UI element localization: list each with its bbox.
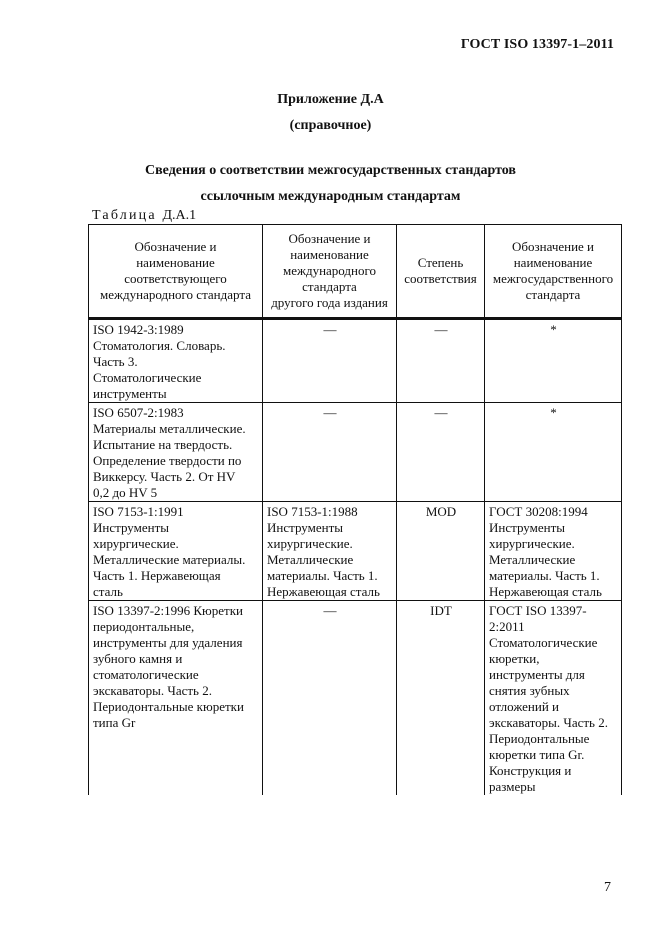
cell-text-line: Обозначение и — [487, 239, 619, 255]
correspondence-table: Обозначение инаименованиесоответствующег… — [88, 224, 622, 795]
cell-text-line: — — [267, 322, 393, 338]
cell-text-line: Периодонтальные кюретки — [93, 699, 259, 715]
cell-text-line: международного стандарта — [91, 287, 260, 303]
cell-text-line: Часть 1. Нержавеющая — [93, 568, 259, 584]
cell-other-year-standard: — — [263, 403, 397, 502]
cell-text-line: Определение твердости по — [93, 453, 259, 469]
cell-text-line: Нержавеющая сталь — [267, 584, 393, 600]
cell-text-line: Периодонтальные — [489, 731, 618, 747]
cell-text-line: экскаваторы. Часть 2. — [489, 715, 618, 731]
cell-text-line: Нержавеющая сталь — [489, 584, 618, 600]
cell-text-line: Металлические — [267, 552, 393, 568]
cell-text-line: Виккерсу. Часть 2. От HV — [93, 469, 259, 485]
cell-text-line: Обозначение и — [91, 239, 260, 255]
cell-text-line: соответствующего — [91, 271, 260, 287]
cell-text-line: стоматологические — [93, 667, 259, 683]
cell-text-line: Стоматологические — [489, 635, 618, 651]
cell-text-line: отложений и — [489, 699, 618, 715]
cell-degree: MOD — [397, 502, 485, 601]
column-header-interstate-standard: Обозначение инаименованиемежгосударствен… — [485, 225, 622, 319]
cell-text-line: другого года издания — [265, 295, 394, 311]
table-label: Таблица Д.А.1 — [92, 208, 196, 224]
cell-text-line: международного — [265, 263, 394, 279]
cell-text-line: размеры — [489, 779, 618, 795]
cell-text-line: соответствия — [399, 271, 482, 287]
cell-text-line: материалы. Часть 1. — [267, 568, 393, 584]
section-title-line-1: Сведения о соответствии межгосударственн… — [0, 158, 661, 184]
cell-intl-standard: ISO 13397-2:1996 Кюреткипериодонтальные,… — [89, 601, 263, 796]
column-header-other-year-standard: Обозначение инаименованиемеждународногос… — [263, 225, 397, 319]
cell-text-line: ГОСТ 30208:1994 — [489, 504, 618, 520]
cell-text-line: кюретки типа Gr. — [489, 747, 618, 763]
cell-text-line: 0,2 до HV 5 — [93, 485, 259, 501]
cell-text-line: ISO 7153-1:1988 — [267, 504, 393, 520]
cell-text-line: материалы. Часть 1. — [489, 568, 618, 584]
cell-text-line: 2:2011 — [489, 619, 618, 635]
table-header-row: Обозначение инаименованиесоответствующег… — [89, 225, 622, 319]
cell-text-line: Степень — [399, 255, 482, 271]
cell-text-line: зубного камня и — [93, 651, 259, 667]
cell-text-line: инструменты для удаления — [93, 635, 259, 651]
column-header-degree: Степеньсоответствия — [397, 225, 485, 319]
cell-text-line: типа Gr — [93, 715, 259, 731]
cell-text-line: экскаваторы. Часть 2. — [93, 683, 259, 699]
cell-text-line: Металлические материалы. — [93, 552, 259, 568]
cell-text-line: снятия зубных — [489, 683, 618, 699]
cell-interstate-standard: ГОСТ 30208:1994Инструментыхирургические.… — [485, 502, 622, 601]
cell-text-line: — — [267, 603, 393, 619]
cell-text-line: Обозначение и — [265, 231, 394, 247]
table-row: ISO 7153-1:1991Инструментыхирургические.… — [89, 502, 622, 601]
cell-text-line: ISO 13397-2:1996 Кюретки — [93, 603, 259, 619]
cell-text-line: наименование — [91, 255, 260, 271]
cell-degree: — — [397, 403, 485, 502]
table-row: ISO 1942-3:1989Стоматология. Словарь.Час… — [89, 319, 622, 403]
cell-text-line: MOD — [401, 504, 481, 520]
table-label-word: Таблица — [92, 208, 157, 223]
cell-interstate-standard: ГОСТ ISO 13397-2:2011Стоматологическиекю… — [485, 601, 622, 796]
document-code-header: ГОСТ ISO 13397-1–2011 — [461, 37, 614, 53]
section-title: Сведения о соответствии межгосударственн… — [0, 158, 661, 210]
cell-text-line: хирургические. — [489, 536, 618, 552]
table-label-number: Д.А.1 — [162, 208, 196, 223]
table-row: ISO 6507-2:1983Материалы металлические.И… — [89, 403, 622, 502]
appendix-title: Приложение Д.А — [0, 92, 661, 108]
page-number: 7 — [604, 880, 611, 896]
cell-text-line: Стоматология. Словарь. — [93, 338, 259, 354]
cell-text-line: наименование — [265, 247, 394, 263]
cell-other-year-standard: ISO 7153-1:1988Инструментыхирургические.… — [263, 502, 397, 601]
cell-text-line: Часть 3. — [93, 354, 259, 370]
cell-intl-standard: ISO 1942-3:1989Стоматология. Словарь.Час… — [89, 319, 263, 403]
cell-other-year-standard: — — [263, 601, 397, 796]
cell-text-line: Инструменты — [93, 520, 259, 536]
cell-text-line: * — [489, 405, 618, 421]
cell-text-line: — — [267, 405, 393, 421]
cell-text-line: Инструменты — [267, 520, 393, 536]
cell-text-line: хирургические. — [267, 536, 393, 552]
cell-text-line: периодонтальные, — [93, 619, 259, 635]
section-title-line-2: ссылочным международным стандартам — [0, 184, 661, 210]
cell-text-line: — — [401, 405, 481, 421]
cell-text-line: ISO 1942-3:1989 — [93, 322, 259, 338]
cell-intl-standard: ISO 6507-2:1983Материалы металлические.И… — [89, 403, 263, 502]
cell-text-line: Материалы металлические. — [93, 421, 259, 437]
cell-degree: IDT — [397, 601, 485, 796]
cell-text-line: хирургические. — [93, 536, 259, 552]
cell-text-line: ГОСТ ISO 13397- — [489, 603, 618, 619]
cell-text-line: стандарта — [265, 279, 394, 295]
cell-text-line: Металлические — [489, 552, 618, 568]
cell-text-line: межгосударственного — [487, 271, 619, 287]
appendix-subtitle: (справочное) — [0, 118, 661, 134]
cell-text-line: Испытание на твердость. — [93, 437, 259, 453]
cell-text-line: наименование — [487, 255, 619, 271]
cell-text-line: * — [489, 322, 618, 338]
table-row: ISO 13397-2:1996 Кюреткипериодонтальные,… — [89, 601, 622, 796]
cell-interstate-standard: * — [485, 403, 622, 502]
cell-text-line: кюретки, — [489, 651, 618, 667]
cell-text-line: — — [401, 322, 481, 338]
cell-text-line: ISO 6507-2:1983 — [93, 405, 259, 421]
cell-text-line: стандарта — [487, 287, 619, 303]
cell-other-year-standard: — — [263, 319, 397, 403]
cell-text-line: IDT — [401, 603, 481, 619]
cell-intl-standard: ISO 7153-1:1991Инструментыхирургические.… — [89, 502, 263, 601]
cell-text-line: инструменты — [93, 386, 259, 402]
column-header-intl-standard: Обозначение инаименованиесоответствующег… — [89, 225, 263, 319]
cell-text-line: инструменты для — [489, 667, 618, 683]
cell-interstate-standard: * — [485, 319, 622, 403]
cell-text-line: Конструкция и — [489, 763, 618, 779]
cell-degree: — — [397, 319, 485, 403]
cell-text-line: сталь — [93, 584, 259, 600]
cell-text-line: Стоматологические — [93, 370, 259, 386]
cell-text-line: ISO 7153-1:1991 — [93, 504, 259, 520]
cell-text-line: Инструменты — [489, 520, 618, 536]
